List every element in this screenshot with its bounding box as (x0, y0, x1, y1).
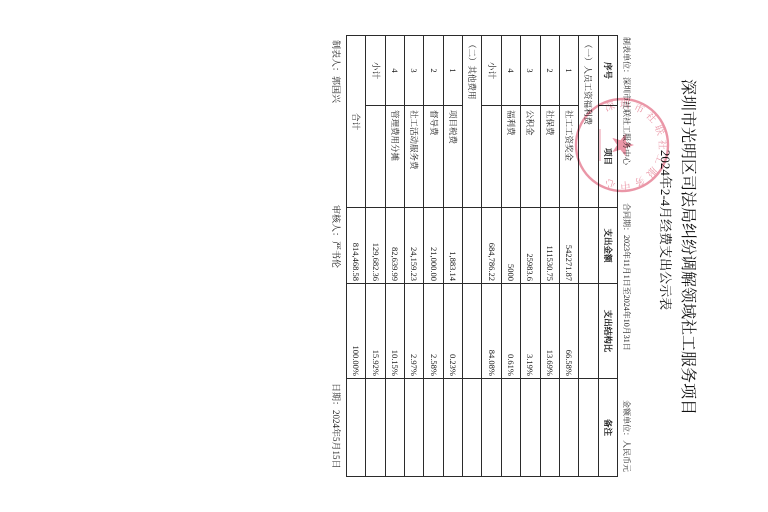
header-remark: 备注 (598, 379, 617, 477)
row-number: 3 (521, 36, 540, 106)
subtotal-label: 小计 (366, 36, 385, 106)
row-ratio: 2.97% (405, 284, 424, 379)
preparing-unit: 制表单位：深圳市社联社工服务中心 (621, 37, 631, 165)
currency-unit: 金额单位：人民币元 (621, 400, 631, 472)
category-label: （二）其他费用 (463, 36, 482, 208)
header-amount: 支出金额 (598, 208, 617, 284)
row-amount: 82,639.99 (385, 208, 404, 284)
header-ratio: 支出结构比 (598, 284, 617, 379)
subtotal-ratio: 84.08% (482, 284, 501, 379)
row-number: 4 (385, 36, 404, 106)
table-row: 2 社保费 111530.75 13.69% (540, 36, 559, 477)
row-number: 2 (424, 36, 443, 106)
row-ratio: 0.61% (501, 284, 520, 379)
table-row: 3 社工活动服务费 24,159.23 2.97% (405, 36, 424, 477)
preparer: 制表人：郭国兴 (330, 40, 341, 103)
contract-period: 合同期：2023年11月1日至2024年10月31日 (621, 203, 631, 351)
subtotal-amount: 129,682.36 (366, 208, 385, 284)
row-item: 管理费用分摊 (385, 106, 404, 208)
row-amount: 1,883.14 (443, 208, 462, 284)
category-row: （二）其他费用 (463, 36, 482, 477)
row-item: 福利费 (501, 106, 520, 208)
reviewer: 审核人：严书伦 (330, 205, 341, 268)
subtotal-row: 小计 684,786.22 84.08% (482, 36, 501, 477)
row-remark (501, 379, 520, 477)
row-amount: 21,000.00 (424, 208, 443, 284)
expense-disclosure-document: 深圳市光明区司法局纠纷调解领域社工服务项目 2024年2-4月经费支出公示表 制… (0, 0, 768, 512)
total-remark (346, 379, 365, 477)
table-row: 2 督导费 21,000.00 2.58% (424, 36, 443, 477)
total-ratio: 100.00% (346, 284, 365, 379)
total-row: 合计 814,468.58 100.00% (346, 36, 365, 477)
row-item: 公积金 (521, 106, 540, 208)
row-remark (540, 379, 559, 477)
row-ratio: 13.69% (540, 284, 559, 379)
table-row: 4 管理费用分摊 82,639.99 10.15% (385, 36, 404, 477)
row-item: 项目税费 (443, 106, 462, 208)
row-ratio: 66.58% (559, 284, 578, 379)
row-amount: 25983.6 (521, 208, 540, 284)
row-ratio: 10.15% (385, 284, 404, 379)
row-number: 4 (501, 36, 520, 106)
row-remark (443, 379, 462, 477)
table-header-row: 序号 项目 支出金额 支出结构比 备注 (598, 36, 617, 477)
document-date: 日期：2024年5月15日 (330, 383, 341, 469)
row-remark (559, 379, 578, 477)
category-row: （一）人员工资福利费 (579, 36, 598, 477)
row-remark (521, 379, 540, 477)
table-row: 1 社工工资奖金 542271.87 66.58% (559, 36, 578, 477)
row-number: 3 (405, 36, 424, 106)
row-remark (405, 379, 424, 477)
remark-cell (579, 379, 598, 477)
subtotal-label: 小计 (482, 36, 501, 106)
subtotal-remark (482, 379, 501, 477)
total-amount: 814,468.58 (346, 208, 365, 284)
document-title: 深圳市光明区司法局纠纷调解领域社工服务项目 (677, 60, 697, 434)
ratio-cell (579, 284, 598, 379)
row-number: 1 (443, 36, 462, 106)
row-remark (424, 379, 443, 477)
row-item: 社工活动服务费 (405, 106, 424, 208)
ratio-cell (463, 284, 482, 379)
table-row: 4 福利费 5000 0.61% (501, 36, 520, 477)
amount-cell (579, 208, 598, 284)
amount-cell (463, 208, 482, 284)
row-item: 社保费 (540, 106, 559, 208)
subtotal-item (366, 106, 385, 208)
subtotal-ratio: 15.92% (366, 284, 385, 379)
document-subtitle: 2024年2-4月经费支出公示表 (657, 130, 673, 330)
header-item: 项目 (598, 106, 617, 208)
expense-table: 序号 项目 支出金额 支出结构比 备注 （一）人员工资福利费 1 社工工资奖金 … (346, 35, 618, 477)
category-label: （一）人员工资福利费 (579, 36, 598, 208)
total-label: 合计 (346, 36, 365, 208)
row-remark (385, 379, 404, 477)
row-number: 2 (540, 36, 559, 106)
header-no: 序号 (598, 36, 617, 106)
row-ratio: 0.23% (443, 284, 462, 379)
row-amount: 542271.87 (559, 208, 578, 284)
row-amount: 24,159.23 (405, 208, 424, 284)
row-ratio: 3.19% (521, 284, 540, 379)
table-row: 3 公积金 25983.6 3.19% (521, 36, 540, 477)
subtotal-item (482, 106, 501, 208)
row-amount: 5000 (501, 208, 520, 284)
row-item: 督导费 (424, 106, 443, 208)
row-ratio: 2.58% (424, 284, 443, 379)
subtotal-amount: 684,786.22 (482, 208, 501, 284)
remark-cell (463, 379, 482, 477)
subtotal-row: 小计 129,682.36 15.92% (366, 36, 385, 477)
subtotal-remark (366, 379, 385, 477)
table-row: 1 项目税费 1,883.14 0.23% (443, 36, 462, 477)
row-amount: 111530.75 (540, 208, 559, 284)
row-number: 1 (559, 36, 578, 106)
row-item: 社工工资奖金 (559, 106, 578, 208)
